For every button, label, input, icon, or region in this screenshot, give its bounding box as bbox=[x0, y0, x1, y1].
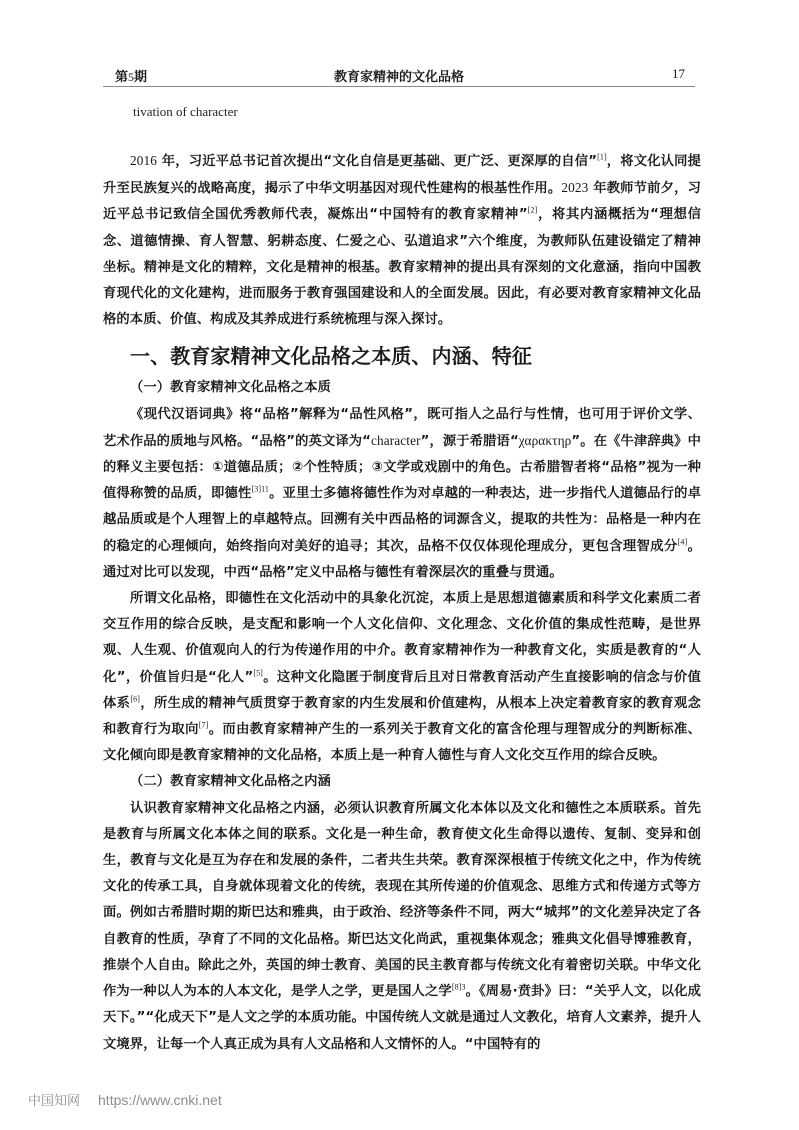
citation-ref[interactable]: [1] bbox=[597, 153, 607, 162]
citation-ref[interactable]: [6] bbox=[130, 694, 140, 703]
subsection-heading: （二）教育家精神文化品格之内涵 bbox=[130, 769, 701, 795]
page-number: 17 bbox=[672, 66, 685, 82]
citation-ref[interactable]: [3]11 bbox=[252, 485, 270, 494]
citation-ref[interactable]: [8]3 bbox=[452, 983, 466, 992]
section-heading: 一、教育家精神文化品格之本质、内涵、特征 bbox=[130, 339, 701, 373]
body-paragraph: 《现代汉语词典》将“品格”解释为“品性风格”，既可指人之品行与性情，也可用于评价… bbox=[103, 402, 701, 586]
article-body: 2016 年，习近平总书记首次提出“文化自信是更基础、更广泛、更深厚的自信”[1… bbox=[103, 148, 701, 1058]
body-paragraph: 所谓文化品格，即德性在文化活动中的具象化沉淀，本质上是思想道德素质和科学文化素质… bbox=[103, 586, 701, 769]
citation-ref[interactable]: [5] bbox=[253, 668, 263, 677]
citation-ref[interactable]: [4] bbox=[678, 537, 688, 546]
site-name: 中国知网 bbox=[28, 1094, 80, 1109]
citation-ref[interactable]: [7] bbox=[199, 721, 209, 730]
watermark-footer: 中国知网https://www.cnki.net bbox=[28, 1090, 222, 1109]
running-title: 教育家精神的文化品格 bbox=[103, 66, 695, 85]
intro-paragraph: 2016 年，习近平总书记首次提出“文化自信是更基础、更广泛、更深厚的自信”[1… bbox=[103, 148, 701, 333]
subsection-heading: （一）教育家精神文化品格之本质 bbox=[130, 375, 701, 401]
continuation-text: tivation of character bbox=[133, 104, 238, 120]
site-url[interactable]: https://www.cnki.net bbox=[98, 1092, 222, 1108]
body-paragraph: 认识教育家精神文化品格之内涵，必须认识教育所属文化本体以及文化和德性之本质联系。… bbox=[103, 796, 701, 1058]
running-header: 第5期 教育家精神的文化品格 17 bbox=[103, 64, 695, 87]
citation-ref[interactable]: [2] bbox=[528, 206, 538, 215]
